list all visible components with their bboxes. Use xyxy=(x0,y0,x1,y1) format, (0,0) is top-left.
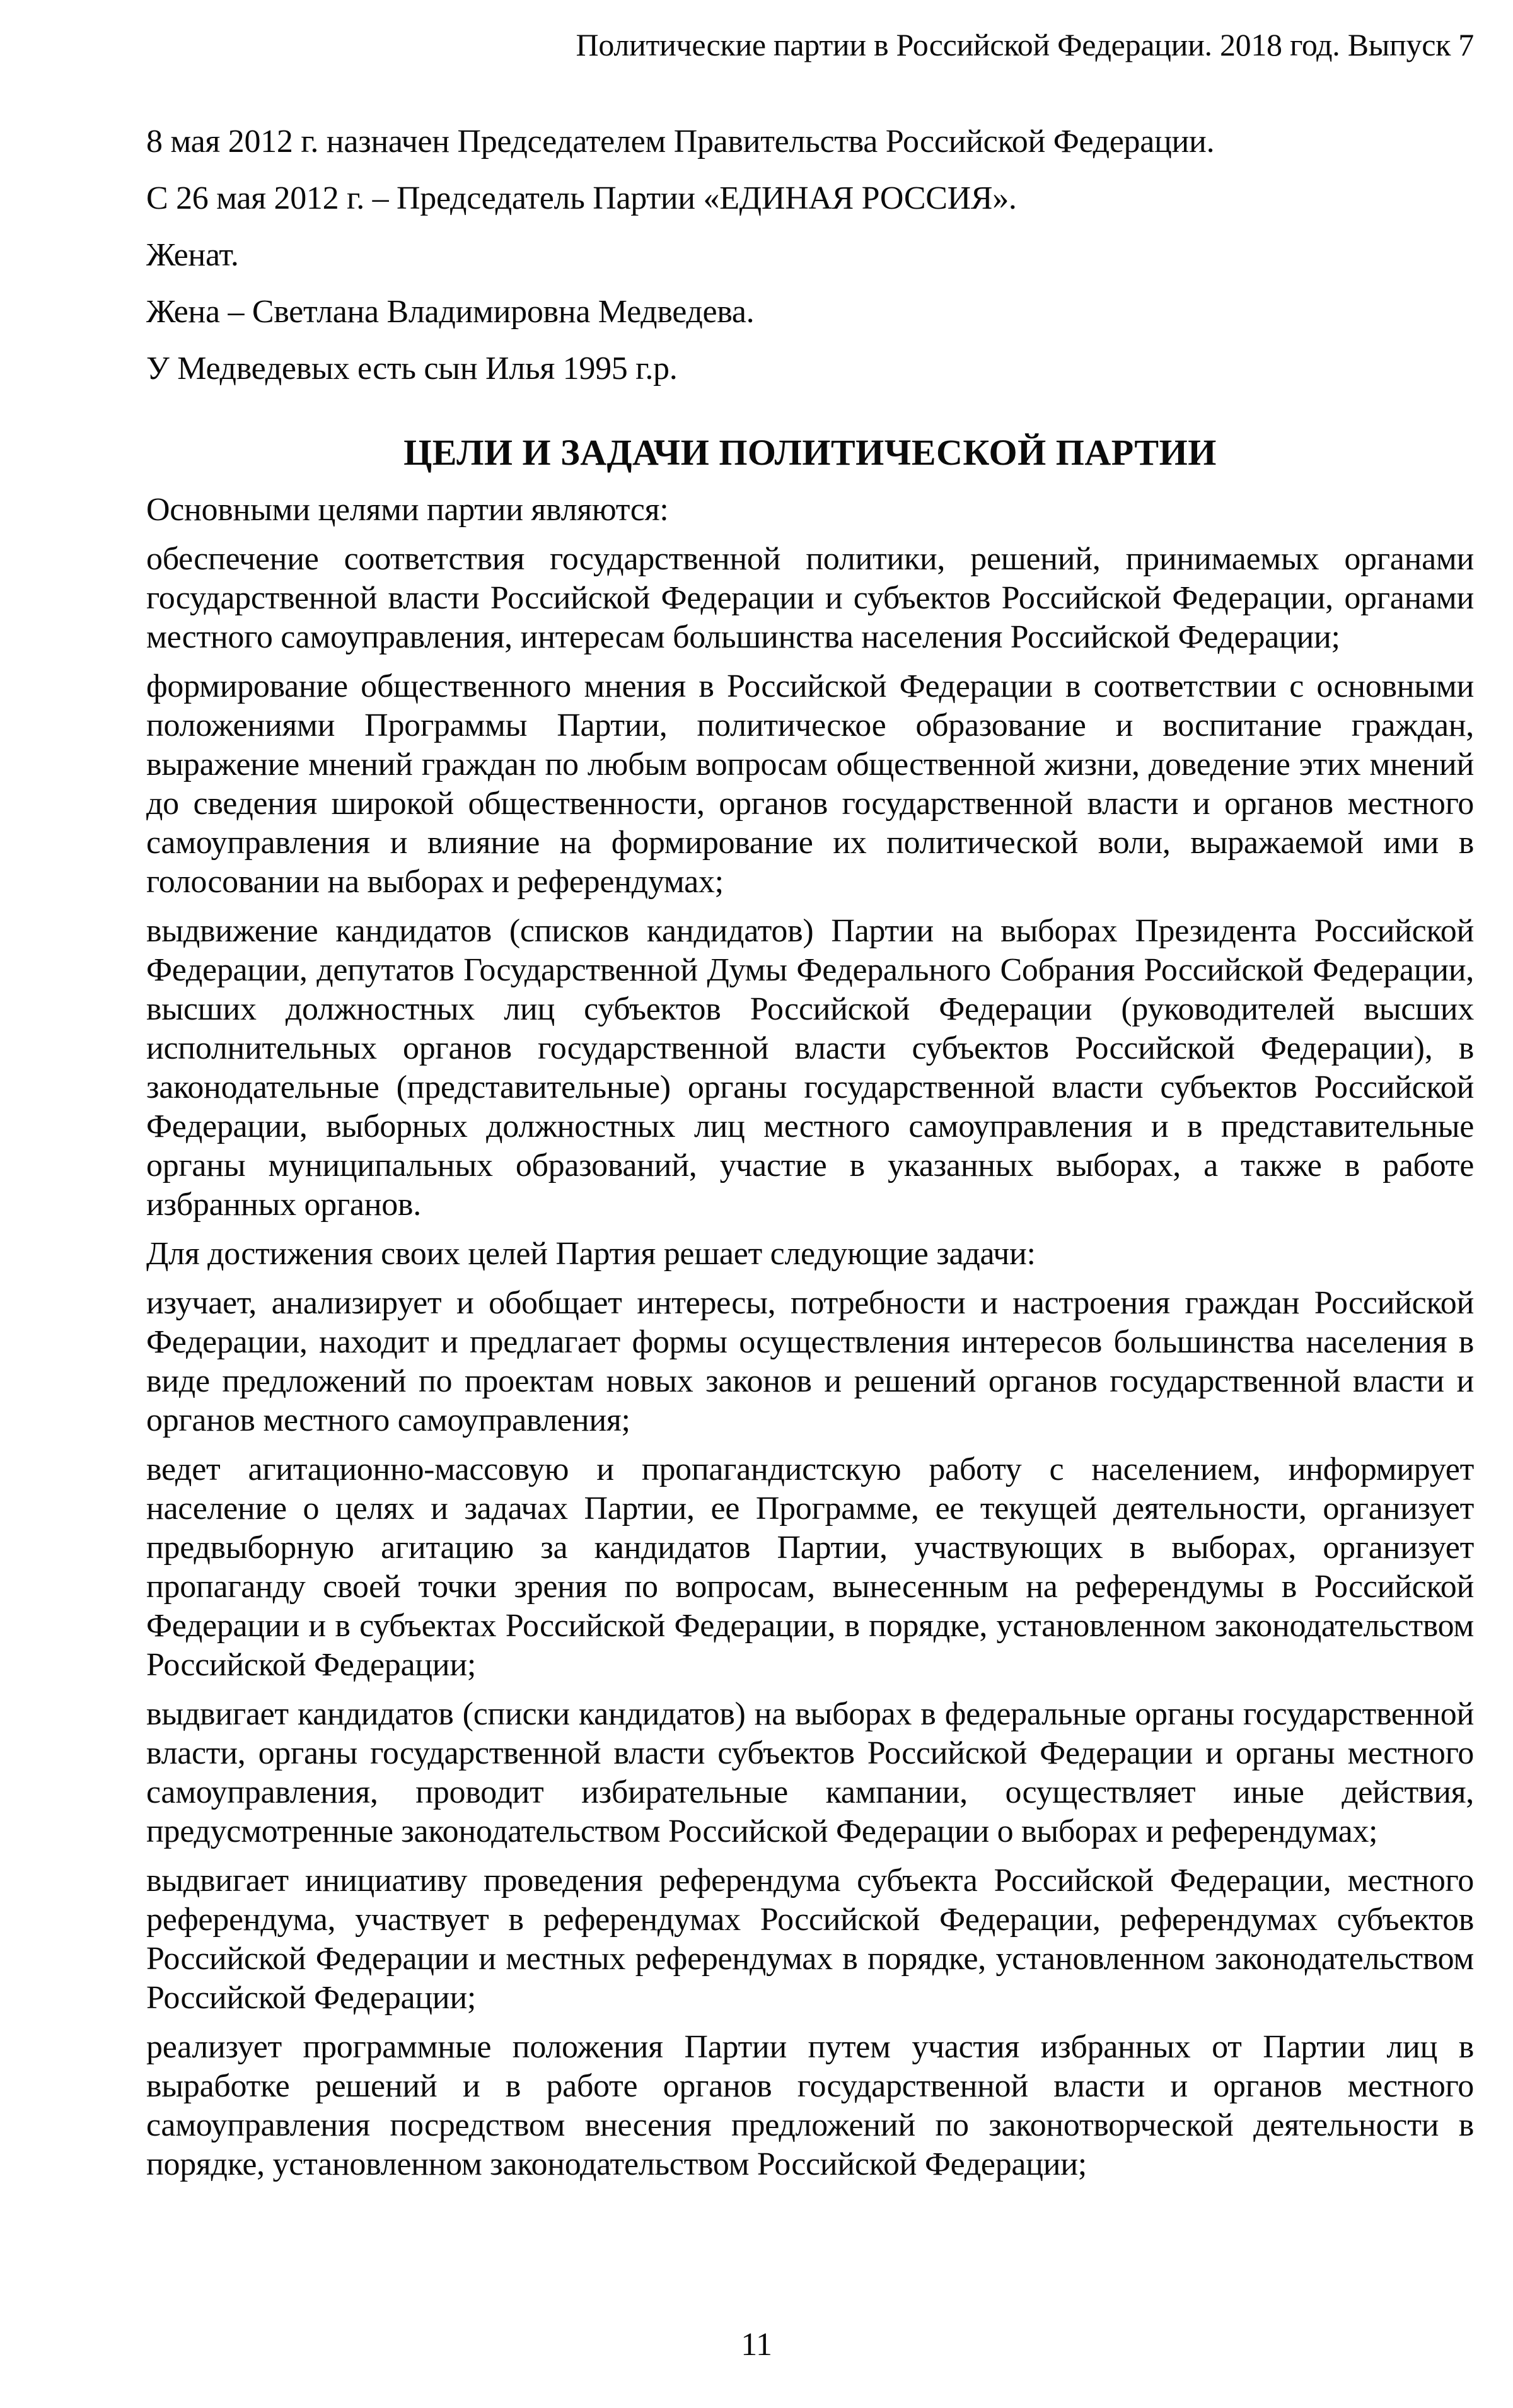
body-paragraph: выдвижение кандидатов (списков кандидато… xyxy=(146,912,1474,1224)
section-heading: ЦЕЛИ И ЗАДАЧИ ПОЛИТИЧЕСКОЙ ПАРТИИ xyxy=(146,430,1474,475)
body-paragraph: изучает, анализирует и обобщает интересы… xyxy=(146,1284,1474,1440)
intro-paragraph: Женат. xyxy=(146,236,1474,275)
intro-paragraph: С 26 мая 2012 г. – Председатель Партии «… xyxy=(146,179,1474,218)
body-paragraph: ведет агитационно-массовую и пропагандис… xyxy=(146,1450,1474,1685)
book-page: Политические партии в Российской Федерац… xyxy=(0,0,1513,2408)
intro-paragraph: У Медведевых есть сын Илья 1995 г.р. xyxy=(146,349,1474,388)
page-number: 11 xyxy=(0,2325,1513,2364)
intro-paragraph: 8 мая 2012 г. назначен Председателем Пра… xyxy=(146,122,1474,161)
body-paragraph: выдвигает инициативу проведения референд… xyxy=(146,1861,1474,2018)
body-paragraph: Для достижения своих целей Партия решает… xyxy=(146,1235,1474,1274)
body-paragraph: реализует программные положения Партии п… xyxy=(146,2028,1474,2184)
body-paragraph: выдвигает кандидатов (списки кандидатов)… xyxy=(146,1695,1474,1851)
body-paragraph: Основными целями партии являются: xyxy=(146,491,1474,530)
intro-paragraph: Жена – Светлана Владимировна Медведева. xyxy=(146,293,1474,332)
body-paragraph: обеспечение соответствия государственной… xyxy=(146,540,1474,657)
running-header: Политические партии в Российской Федерац… xyxy=(146,25,1474,64)
body-paragraph: формирование общественного мнения в Росс… xyxy=(146,667,1474,902)
